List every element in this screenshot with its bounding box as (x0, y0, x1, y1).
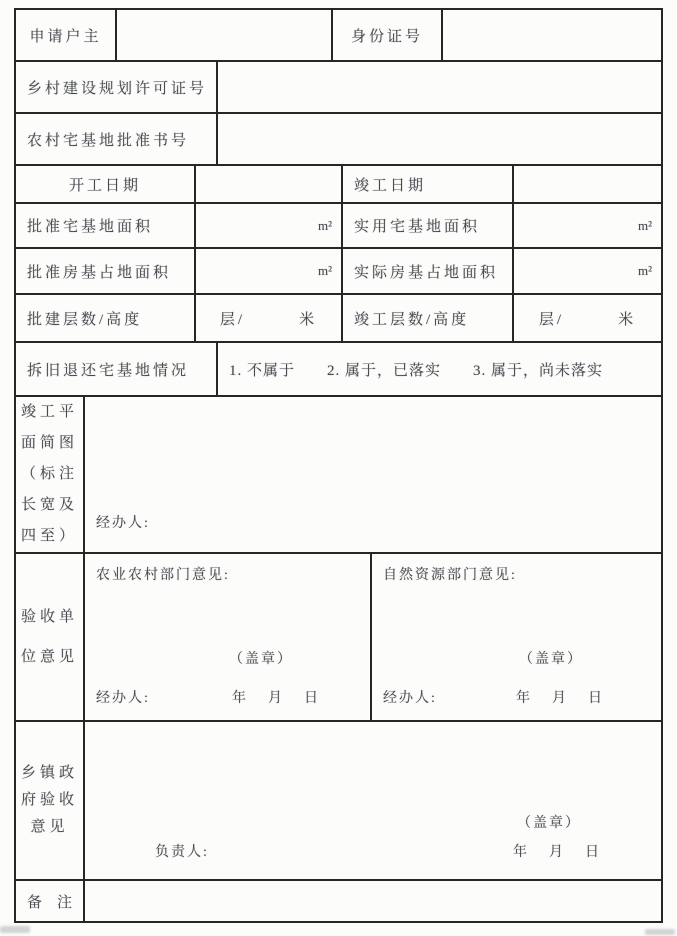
resources-seal-label: （盖章） (519, 648, 583, 668)
completed-floors-label: 竣工层数/高度 (354, 308, 469, 329)
actual-house-area-value-cell: m² (514, 249, 661, 293)
actual-house-area-unit: m² (638, 263, 652, 279)
approved-floors-value: 层/ 米 (220, 308, 317, 329)
row-acceptance-opinions: 验收单 位意见 农业农村部门意见: （盖章） 经办人: 年 月 日 自然资源部门… (16, 554, 661, 722)
sketch-label-line: （标注 (21, 459, 78, 490)
agriculture-opinion-cell: 农业农村部门意见: （盖章） 经办人: 年 月 日 (85, 554, 372, 720)
actual-house-area-label: 实际房基占地面积 (354, 261, 498, 282)
township-label-line: 意见 (30, 814, 68, 841)
row-sketch: 竣工平 面简图 （标注 长宽及 四至） 经办人: (16, 397, 661, 554)
demolish-label: 拆旧退还宅基地情况 (27, 359, 189, 380)
row-homestead-area: 批准宅基地面积 m² 实用宅基地面积 m² (16, 204, 661, 249)
approved-homestead-area-unit: m² (318, 218, 332, 234)
completed-floors-label-cell: 竣工层数/高度 (343, 295, 514, 341)
sketch-label-line: 竣工平 (21, 397, 78, 428)
approved-floors-label-cell: 批建层数/高度 (16, 295, 196, 341)
actual-homestead-area-unit: m² (638, 218, 652, 234)
remarks-label: 备 注 (27, 891, 72, 912)
row-remarks: 备 注 (16, 881, 661, 921)
township-date-line: 年 月 日 (513, 841, 603, 861)
row-homestead-approval: 农村宅基地批准书号 (16, 114, 661, 166)
actual-homestead-area-label: 实用宅基地面积 (354, 215, 480, 236)
row-applicant: 申请户主 身份证号 (16, 10, 661, 62)
applicant-value-cell (117, 10, 333, 60)
completion-date-label: 竣工日期 (354, 174, 426, 195)
resources-handler-label: 经办人: (383, 687, 437, 707)
scan-artifact-bottom-left (0, 926, 30, 933)
acceptance-label-line: 位意见 (21, 637, 78, 677)
planning-permit-label: 乡村建设规划许可证号 (27, 77, 207, 98)
resources-opinion-cell: 自然资源部门意见: （盖章） 经办人: 年 月 日 (372, 554, 661, 720)
applicant-label: 申请户主 (29, 25, 101, 46)
demolish-options-cell: 1. 不属于 2. 属于，已落实 3. 属于，尚未落实 (218, 343, 661, 395)
agriculture-seal-label: （盖章） (229, 648, 293, 668)
township-label-cell: 乡镇政 府验收 意见 (16, 722, 85, 879)
homestead-approval-value-cell (218, 114, 661, 164)
id-number-label: 身份证号 (351, 25, 423, 46)
planning-permit-value-cell (218, 62, 661, 112)
row-planning-permit: 乡村建设规划许可证号 (16, 62, 661, 114)
resources-opinion-title: 自然资源部门意见: (383, 564, 517, 584)
approved-homestead-area-label: 批准宅基地面积 (27, 215, 153, 236)
approved-house-area-label: 批准房基占地面积 (27, 261, 171, 282)
approved-house-area-label-cell: 批准房基占地面积 (16, 249, 196, 293)
start-date-label-cell: 开工日期 (16, 166, 196, 202)
homestead-approval-label: 农村宅基地批准书号 (27, 129, 189, 150)
id-number-value-cell (443, 10, 661, 60)
acceptance-form-table: 申请户主 身份证号 乡村建设规划许可证号 农村宅基地批准书号 (14, 8, 663, 923)
homestead-approval-label-cell: 农村宅基地批准书号 (16, 114, 218, 164)
applicant-label-cell: 申请户主 (16, 10, 117, 60)
scan-artifact-bottom-right (645, 929, 675, 935)
actual-house-area-label-cell: 实际房基占地面积 (343, 249, 514, 293)
agriculture-opinion-title: 农业农村部门意见: (96, 564, 230, 584)
township-manager-label: 负责人: (155, 841, 209, 861)
approved-floors-value-cell: 层/ 米 (196, 295, 343, 341)
sketch-handler-label: 经办人: (96, 512, 150, 532)
sketch-label-line: 面简图 (21, 428, 78, 459)
id-number-label-cell: 身份证号 (333, 10, 443, 60)
scanned-form-page: 申请户主 身份证号 乡村建设规划许可证号 农村宅基地批准书号 (0, 0, 677, 936)
resources-date-line: 年 月 日 (516, 687, 606, 707)
township-label-line: 乡镇政 (21, 760, 78, 787)
township-label-line: 府验收 (21, 787, 78, 814)
approved-house-area-unit: m² (318, 263, 332, 279)
row-township-opinion: 乡镇政 府验收 意见 （盖章） 负责人: 年 月 日 (16, 722, 661, 881)
agriculture-date-line: 年 月 日 (232, 687, 322, 707)
township-opinion-cell: （盖章） 负责人: 年 月 日 (85, 722, 661, 879)
approved-homestead-area-value-cell: m² (196, 204, 343, 247)
township-seal-label: （盖章） (517, 812, 581, 832)
completed-floors-value-cell: 层/ 米 (514, 295, 661, 341)
approved-floors-label: 批建层数/高度 (27, 308, 142, 329)
completed-floors-value: 层/ 米 (539, 308, 636, 329)
remarks-label-cell: 备 注 (16, 881, 85, 921)
completion-date-label-cell: 竣工日期 (343, 166, 514, 202)
sketch-area-cell: 经办人: (85, 397, 661, 552)
approved-house-area-value-cell: m² (196, 249, 343, 293)
actual-homestead-area-label-cell: 实用宅基地面积 (343, 204, 514, 247)
start-date-label: 开工日期 (69, 174, 141, 195)
row-demolish: 拆旧退还宅基地情况 1. 不属于 2. 属于，已落实 3. 属于，尚未落实 (16, 343, 661, 397)
actual-homestead-area-value-cell: m² (514, 204, 661, 247)
row-floors: 批建层数/高度 层/ 米 竣工层数/高度 层/ 米 (16, 295, 661, 343)
approved-homestead-area-label-cell: 批准宅基地面积 (16, 204, 196, 247)
agriculture-handler-label: 经办人: (96, 687, 150, 707)
demolish-label-cell: 拆旧退还宅基地情况 (16, 343, 218, 395)
acceptance-label-line: 验收单 (21, 597, 78, 637)
sketch-label-line: 长宽及 (21, 490, 78, 521)
completion-date-value-cell (514, 166, 661, 202)
acceptance-label-cell: 验收单 位意见 (16, 554, 85, 720)
remarks-value-cell (85, 881, 661, 921)
row-dates: 开工日期 竣工日期 (16, 166, 661, 204)
row-house-area: 批准房基占地面积 m² 实际房基占地面积 m² (16, 249, 661, 295)
sketch-label-cell: 竣工平 面简图 （标注 长宽及 四至） (16, 397, 85, 552)
sketch-label-line: 四至） (21, 521, 78, 552)
demolish-options: 1. 不属于 2. 属于，已落实 3. 属于，尚未落实 (229, 359, 603, 380)
planning-permit-label-cell: 乡村建设规划许可证号 (16, 62, 218, 112)
start-date-value-cell (196, 166, 343, 202)
